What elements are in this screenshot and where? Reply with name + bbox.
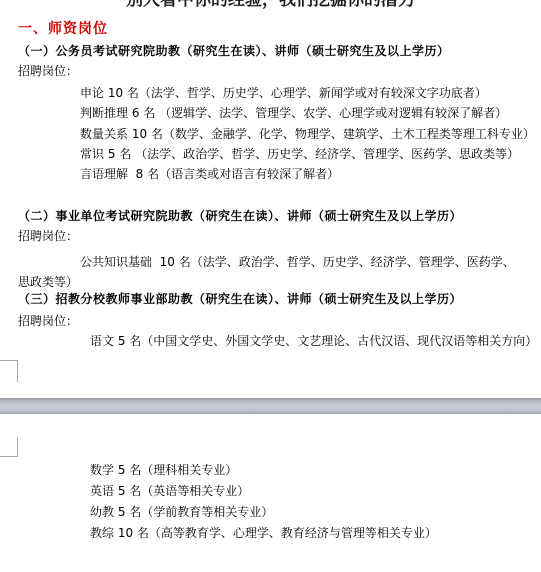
position-item-yanyu-lijie: 言语理解 8 名（语言类或对语言有较深了解者） — [80, 167, 339, 181]
position-item-gonggong-zhishi: 公共知识基础 10 名（法学、政治学、哲学、历史学、经济学、管理学、医药学、思政… — [18, 252, 525, 292]
position-item-yuwen: 语文 5 名（中国文学史、外国文学史、文艺理论、古代汉语、现代汉语等相关方向） — [90, 334, 537, 348]
document-headline-text: 别人看中你的经验，我们挖掘你的潜力 — [0, 0, 541, 10]
position-item-shuliang-guanxi: 数量关系 10 名（数学、金融学、化学、物理学、建筑学、土木工程类等理工科专业） — [80, 127, 535, 141]
position-item-shenlun: 申论 10 名（法学、哲学、历史学、心理学、新闻学或对有较深文字功底者） — [80, 86, 487, 100]
text-boundary-mark-bottom — [0, 360, 18, 382]
position-item-changshi: 常识 5 名 （法学、政治学、哲学、历史学、经济学、管理学、医药学、思政类等） — [80, 147, 519, 161]
position-item-jiaozong: 教综 10 名（高等教育学、心理学、教育经济与管理等相关专业） — [90, 526, 437, 540]
page-gap — [0, 398, 541, 414]
section-title-shizi-gangwei: 一、师资岗位 — [18, 22, 108, 36]
document-headline-clipped: 别人看中你的经验，我们挖掘你的潜力 — [0, 0, 541, 10]
subsection-3-heading: （三）招教分校教师事业部助教（研究生在读）、讲师（硕士研究生及以上学历） — [18, 292, 462, 306]
position-item-youjiao: 幼教 5 名（学前教育等相关专业） — [90, 505, 273, 519]
position-item-shuxue: 数学 5 名（理科相关专业） — [90, 463, 237, 477]
position-item-panduan-tuili: 判断推理 6 名 （逻辑学、法学、管理学、农学、心理学或对逻辑有较深了解者） — [80, 106, 507, 120]
subsection-2-heading: （二）事业单位考试研究院助教（研究生在读）、讲师（硕士研究生及以上学历） — [18, 209, 462, 223]
subsection-2-recruit-label: 招聘岗位： — [18, 229, 78, 243]
position-item-yingyu: 英语 5 名（英语等相关专业） — [90, 484, 249, 498]
text-boundary-mark-top — [0, 437, 18, 457]
subsection-3-recruit-label: 招聘岗位： — [18, 314, 78, 328]
document-page: 别人看中你的经验，我们挖掘你的潜力 一、师资岗位 （一）公务员考试研究院助教（研… — [0, 0, 541, 572]
subsection-1-heading: （一）公务员考试研究院助教（研究生在读）、讲师（硕士研究生及以上学历） — [18, 44, 450, 58]
subsection-1-recruit-label: 招聘岗位： — [18, 64, 78, 78]
